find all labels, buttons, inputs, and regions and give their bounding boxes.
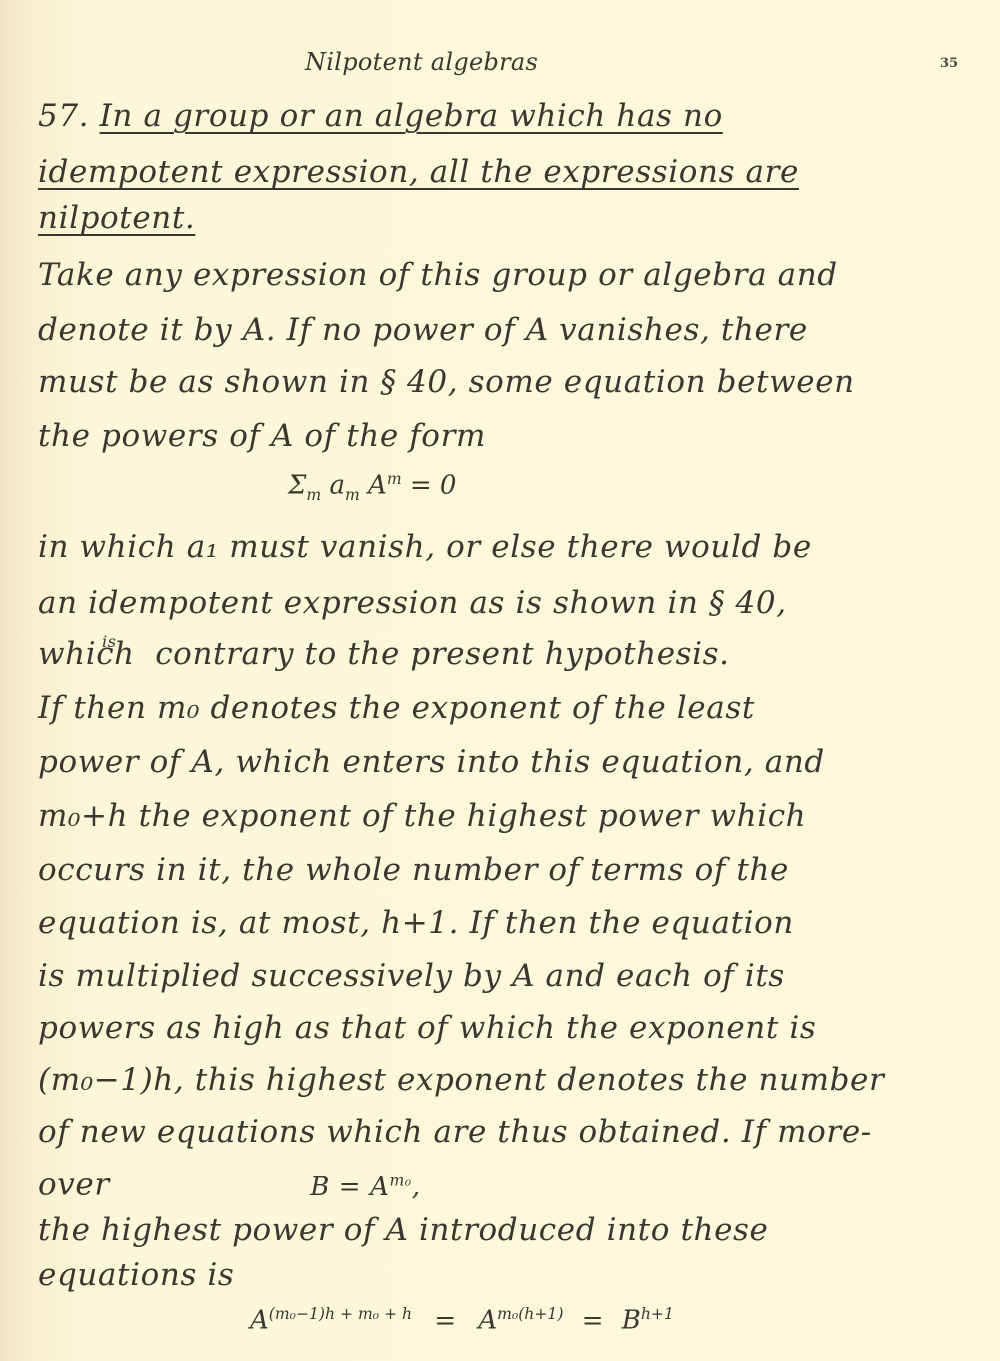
body-line: the highest power of A introduced into t… xyxy=(38,1210,768,1250)
body-line: denote it by A. If no power of A vanishe… xyxy=(38,310,808,350)
body-line: equation is, at most, h+1. If then the e… xyxy=(38,903,794,943)
body-line: occurs in it, the whole number of terms … xyxy=(38,850,789,890)
body-line: is multiplied successively by A and each… xyxy=(38,956,785,996)
moreover-line: over B = Am₀, xyxy=(38,1160,231,1207)
equation-sum: Σm am Am = 0 xyxy=(288,470,456,504)
inserted-word: is xyxy=(102,622,117,662)
running-title: Nilpotent algebras xyxy=(305,48,538,76)
body-line: If then m₀ denotes the exponent of the l… xyxy=(38,688,755,728)
body-line: in which a₁ must vanish, or else there w… xyxy=(38,527,812,567)
body-line: must be as shown in § 40, some equation … xyxy=(38,362,855,402)
body-line: the powers of A of the form xyxy=(38,416,486,456)
body-line: Take any expression of this group or alg… xyxy=(38,255,838,295)
body-line: powers as high as that of which the expo… xyxy=(38,1008,816,1048)
page-header: Nilpotent algebras 35 xyxy=(0,44,1000,84)
equation-b: B = Am₀, xyxy=(310,1172,420,1202)
body-line: of new equations which are thus obtained… xyxy=(38,1112,872,1152)
body-line: power of A, which enters into this equat… xyxy=(38,742,825,782)
manuscript-page: Nilpotent algebras 35 57. In a group or … xyxy=(0,0,1000,1361)
theorem-line-3: nilpotent. xyxy=(38,198,195,238)
body-line: (m₀−1)h, this highest exponent denotes t… xyxy=(38,1060,884,1100)
body-line: equations is xyxy=(38,1255,234,1295)
theorem-line-2: idempotent expression, all the expressio… xyxy=(38,152,799,192)
page-number: 35 xyxy=(940,56,958,71)
section-number: 57. xyxy=(38,98,89,134)
equation-highest-power: A(m₀−1)h + m₀ + h = Am₀(h+1) = Bh+1 xyxy=(250,1305,674,1336)
body-line: an idempotent expression as is shown in … xyxy=(38,583,787,623)
theorem-text: In a group or an algebra which has no xyxy=(100,98,723,134)
body-line: whichis contrary to the present hypothes… xyxy=(38,634,730,674)
body-line: m₀+h the exponent of the highest power w… xyxy=(38,796,806,836)
theorem-line-1: 57. In a group or an algebra which has n… xyxy=(38,96,723,136)
